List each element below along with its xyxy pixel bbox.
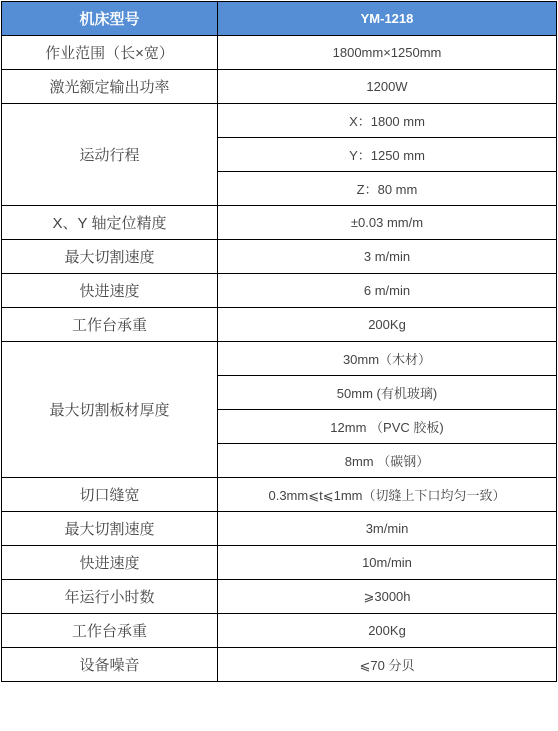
table-row: X、Y 轴定位精度 ±0.03 mm/m xyxy=(2,206,557,240)
table-row: 最大切割速度 3 m/min xyxy=(2,240,557,274)
spec-value: 0.3mm⩽t⩽1mm（切缝上下口均匀一致） xyxy=(218,478,557,512)
spec-value: 1800mm×1250mm xyxy=(218,36,557,70)
spec-value: 8mm （碳钢） xyxy=(218,444,557,478)
table-row: 年运行小时数 ⩾3000h xyxy=(2,580,557,614)
spec-label: 快进速度 xyxy=(2,274,218,308)
spec-label: 工作台承重 xyxy=(2,308,218,342)
spec-label: 最大切割速度 xyxy=(2,512,218,546)
spec-value: 200Kg xyxy=(218,614,557,648)
spec-value: 6 m/min xyxy=(218,274,557,308)
spec-label: 作业范围（长×宽） xyxy=(2,36,218,70)
table-row: 快进速度 6 m/min xyxy=(2,274,557,308)
spec-label: 快进速度 xyxy=(2,546,218,580)
spec-value: X：1800 mm xyxy=(218,104,557,138)
table-row: 运动行程 X：1800 mm xyxy=(2,104,557,138)
spec-table: 机床型号 YM-1218 作业范围（长×宽） 1800mm×1250mm 激光额… xyxy=(1,1,557,682)
table-row: 工作台承重 200Kg xyxy=(2,614,557,648)
spec-label: 设备噪音 xyxy=(2,648,218,682)
table-row: 切口缝宽 0.3mm⩽t⩽1mm（切缝上下口均匀一致） xyxy=(2,478,557,512)
spec-label: 年运行小时数 xyxy=(2,580,218,614)
header-model: YM-1218 xyxy=(218,2,557,36)
spec-value: Z：80 mm xyxy=(218,172,557,206)
table-row: 工作台承重 200Kg xyxy=(2,308,557,342)
spec-label: 最大切割板材厚度 xyxy=(2,342,218,478)
table-row: 作业范围（长×宽） 1800mm×1250mm xyxy=(2,36,557,70)
spec-label: 运动行程 xyxy=(2,104,218,206)
spec-value: 30mm（木材） xyxy=(218,342,557,376)
spec-value: 3m/min xyxy=(218,512,557,546)
spec-value: 200Kg xyxy=(218,308,557,342)
table-row: 快进速度 10m/min xyxy=(2,546,557,580)
spec-value: 10m/min xyxy=(218,546,557,580)
spec-value: ⩽70 分贝 xyxy=(218,648,557,682)
table-row: 最大切割速度 3m/min xyxy=(2,512,557,546)
spec-value: ⩾3000h xyxy=(218,580,557,614)
spec-label: 切口缝宽 xyxy=(2,478,218,512)
spec-value: Y：1250 mm xyxy=(218,138,557,172)
spec-value: 1200W xyxy=(218,70,557,104)
spec-label: 最大切割速度 xyxy=(2,240,218,274)
header-row: 机床型号 YM-1218 xyxy=(2,2,557,36)
spec-value: ±0.03 mm/m xyxy=(218,206,557,240)
spec-value: 12mm （PVC 胶板) xyxy=(218,410,557,444)
spec-value: 3 m/min xyxy=(218,240,557,274)
header-label: 机床型号 xyxy=(2,2,218,36)
spec-label: 激光额定输出功率 xyxy=(2,70,218,104)
spec-label: X、Y 轴定位精度 xyxy=(2,206,218,240)
spec-value: 50mm (有机玻璃) xyxy=(218,376,557,410)
table-row: 最大切割板材厚度 30mm（木材） xyxy=(2,342,557,376)
table-row: 设备噪音 ⩽70 分贝 xyxy=(2,648,557,682)
spec-label: 工作台承重 xyxy=(2,614,218,648)
table-row: 激光额定输出功率 1200W xyxy=(2,70,557,104)
